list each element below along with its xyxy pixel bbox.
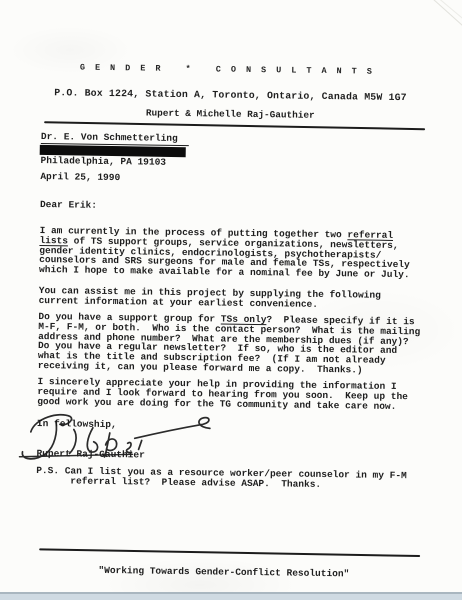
footer-motto: "Working Towards Gender-Conflict Resolut…: [0, 563, 455, 580]
date-line: April 25, 1990: [40, 172, 120, 183]
letterhead-address: P.O. Box 1224, Station A, Toronto, Ontar…: [0, 86, 462, 103]
postscript: P.S. Can I list you as a resource worker…: [36, 466, 407, 491]
body-paragraph-1: I am currently in the process of putting…: [39, 226, 410, 280]
letterhead-principals: Rupert & Michelle Raj-Gauthier: [0, 105, 461, 122]
letter-content: GENDER * CONSULTANTS P.O. Box 1224, Stat…: [0, 0, 462, 598]
body-paragraph-3: Do you have a support group for TSs only…: [38, 312, 421, 376]
handwritten-signature: [16, 408, 219, 471]
letterhead-divider-rule: [44, 121, 425, 130]
signer-typed-name: Rupert Raj-Gauthier: [36, 449, 144, 460]
body-paragraph-4: I sincerely appreciate your help in prov…: [37, 377, 408, 412]
recipient-name: Dr. E. Von Schmetterling: [41, 132, 189, 146]
salutation: Dear Erik:: [40, 200, 97, 211]
letterhead-org-name: GENDER * CONSULTANTS: [0, 61, 462, 77]
footer-divider-rule: [39, 548, 420, 557]
scanned-letter-page: { "header": { "org_name": "GENDER * CONS…: [0, 0, 462, 600]
recipient-city-line: Philadelphia, PA 19103: [41, 156, 167, 168]
body-paragraph-2: You can assist me in this project by sup…: [39, 286, 381, 310]
